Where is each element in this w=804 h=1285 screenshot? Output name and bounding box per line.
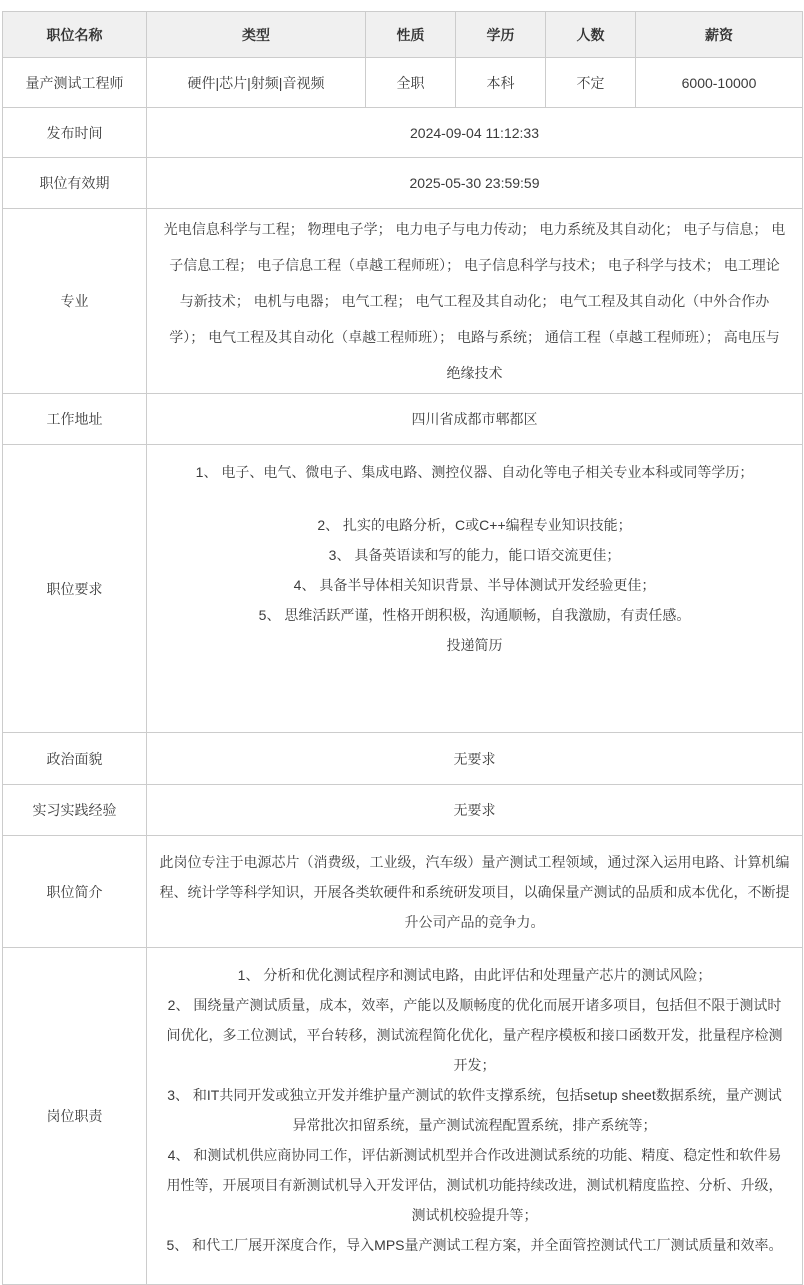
- duties-label: 岗位职责: [3, 948, 147, 1285]
- job-intro-label: 职位简介: [3, 836, 147, 948]
- duty-item-3: 3、 和IT共同开发或独立开发并维护量产测试的软件支撑系统，包括setup sh…: [161, 1080, 788, 1140]
- col-header-salary: 薪资: [636, 12, 803, 58]
- address-row: 工作地址 四川省成都市郫都区: [3, 394, 803, 445]
- job-name-cell: 量产测试工程师: [3, 58, 147, 108]
- publish-time-row: 发布时间 2024-09-04 11:12:33: [3, 108, 803, 158]
- requirements-row: 职位要求 1、 电子、电气、微电子、集成电路、测控仪器、自动化等电子相关专业本科…: [3, 445, 803, 733]
- internship-exp-label: 实习实践经验: [3, 785, 147, 836]
- col-header-type: 类型: [147, 12, 366, 58]
- address-value: 四川省成都市郫都区: [147, 394, 803, 445]
- requirement-item-2: 2、 扎实的电路分析，C或C++编程专业知识技能；: [161, 510, 788, 540]
- duties-row: 岗位职责 1、 分析和优化测试程序和测试电路，由此评估和处理量产芯片的测试风险；…: [3, 948, 803, 1285]
- political-status-row: 政治面貌 无要求: [3, 733, 803, 785]
- internship-exp-row: 实习实践经验 无要求: [3, 785, 803, 836]
- political-status-label: 政治面貌: [3, 733, 147, 785]
- majors-row: 专业 光电信息科学与工程； 物理电子学； 电力电子与电力传动； 电力系统及其自动…: [3, 209, 803, 394]
- duty-item-5: 5、 和代工厂展开深度合作，导入MPS量产测试工程方案，并全面管控测试代工厂测试…: [161, 1230, 788, 1260]
- job-nature-cell: 全职: [366, 58, 456, 108]
- requirement-item-1: 1、 电子、电气、微电子、集成电路、测控仪器、自动化等电子相关专业本科或同等学历…: [161, 457, 788, 487]
- requirements-value: 1、 电子、电气、微电子、集成电路、测控仪器、自动化等电子相关专业本科或同等学历…: [147, 445, 803, 733]
- header-row: 职位名称 类型 性质 学历 人数 薪资: [3, 12, 803, 58]
- job-education-cell: 本科: [456, 58, 546, 108]
- duty-item-2: 2、 围绕量产测试质量，成本，效率，产能以及顺畅度的优化而展开诸多项目，包括但不…: [161, 990, 788, 1080]
- requirement-item-4: 4、 具备半导体相关知识背景、半导体测试开发经验更佳；: [161, 570, 788, 600]
- majors-text: 光电信息科学与工程； 物理电子学； 电力电子与电力传动； 电力系统及其自动化； …: [155, 211, 794, 391]
- internship-exp-value: 无要求: [147, 785, 803, 836]
- job-type-cell: 硬件|芯片|射频|音视频: [147, 58, 366, 108]
- job-detail-table: 职位名称 类型 性质 学历 人数 薪资 量产测试工程师 硬件|芯片|射频|音视频…: [2, 11, 803, 1285]
- majors-label: 专业: [3, 209, 147, 394]
- col-header-headcount: 人数: [546, 12, 636, 58]
- duty-item-1: 1、 分析和优化测试程序和测试电路，由此评估和处理量产芯片的测试风险；: [161, 960, 788, 990]
- publish-time-label: 发布时间: [3, 108, 147, 158]
- political-status-value: 无要求: [147, 733, 803, 785]
- job-intro-value: 此岗位专注于电源芯片（消费级，工业级，汽车级）量产测试工程领域，通过深入运用电路…: [147, 836, 803, 948]
- address-label: 工作地址: [3, 394, 147, 445]
- requirement-item-3: 3、 具备英语读和写的能力，能口语交流更佳；: [161, 540, 788, 570]
- valid-until-value: 2025-05-30 23:59:59: [147, 158, 803, 209]
- col-header-education: 学历: [456, 12, 546, 58]
- job-intro-text: 此岗位专注于电源芯片（消费级，工业级，汽车级）量产测试工程领域，通过深入运用电路…: [155, 847, 794, 937]
- col-header-job-name: 职位名称: [3, 12, 147, 58]
- duties-value: 1、 分析和优化测试程序和测试电路，由此评估和处理量产芯片的测试风险； 2、 围…: [147, 948, 803, 1285]
- duty-item-4: 4、 和测试机供应商协同工作，评估新测试机型并合作改进测试系统的功能、精度、稳定…: [161, 1140, 788, 1230]
- publish-time-value: 2024-09-04 11:12:33: [147, 108, 803, 158]
- job-headcount-cell: 不定: [546, 58, 636, 108]
- valid-until-label: 职位有效期: [3, 158, 147, 209]
- requirements-label: 职位要求: [3, 445, 147, 733]
- submit-resume-text: 投递简历: [161, 630, 788, 660]
- job-intro-row: 职位简介 此岗位专注于电源芯片（消费级，工业级，汽车级）量产测试工程领域，通过深…: [3, 836, 803, 948]
- requirement-item-5: 5、 思维活跃严谨，性格开朗积极，沟通顺畅，自我激励，有责任感。: [161, 600, 788, 630]
- col-header-nature: 性质: [366, 12, 456, 58]
- job-row: 量产测试工程师 硬件|芯片|射频|音视频 全职 本科 不定 6000-10000: [3, 58, 803, 108]
- job-salary-cell: 6000-10000: [636, 58, 803, 108]
- valid-until-row: 职位有效期 2025-05-30 23:59:59: [3, 158, 803, 209]
- majors-value: 光电信息科学与工程； 物理电子学； 电力电子与电力传动； 电力系统及其自动化； …: [147, 209, 803, 394]
